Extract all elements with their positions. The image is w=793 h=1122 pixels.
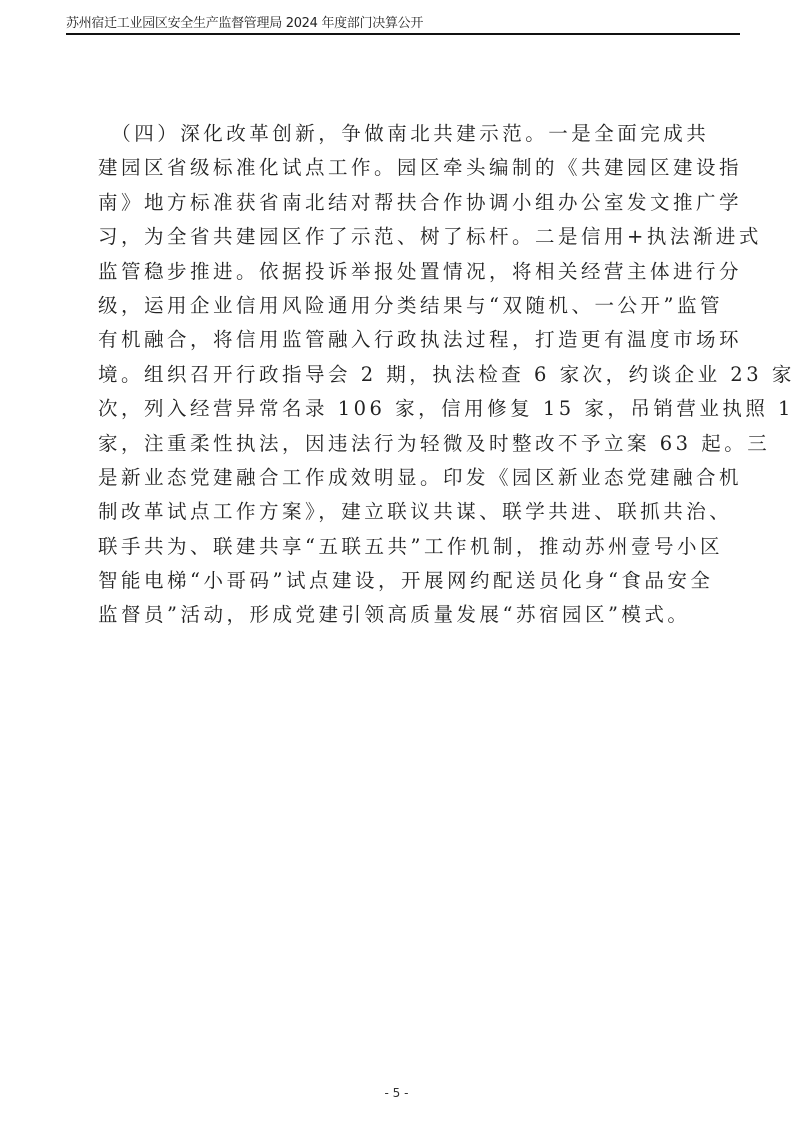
text-line: 监管稳步推进。依据投诉举报处置情况，将相关经营主体进行分 xyxy=(98,255,696,289)
text-line: 次，列入经营异常名录 106 家，信用修复 15 家，吊销营业执照 13 xyxy=(98,392,696,426)
text-line: 境。组织召开行政指导会 2 期，执法检查 6 家次，约谈企业 23 家 xyxy=(98,358,696,392)
text-line: 监督员”活动，形成党建引领高质量发展“苏宿园区”模式。 xyxy=(98,598,696,632)
page-header: 苏州宿迁工业园区安全生产监督管理局 2024 年度部门决算公开 xyxy=(66,16,740,35)
document-header-title: 苏州宿迁工业园区安全生产监督管理局 2024 年度部门决算公开 xyxy=(66,16,740,32)
text-line: 南》地方标准获省南北结对帮扶合作协调小组办公室发文推广学 xyxy=(98,186,696,220)
text-line: 制改革试点工作方案》，建立联议共谋、联学共进、联抓共治、 xyxy=(98,495,696,529)
text-line: 有机融合，将信用监管融入行政执法过程，打造更有温度市场环 xyxy=(98,323,696,357)
text-line: 是新业态党建融合工作成效明显。印发《园区新业态党建融合机 xyxy=(98,461,696,495)
text-line: 家，注重柔性执法，因违法行为轻微及时整改不予立案 63 起。三 xyxy=(98,427,696,461)
text-line: （四）深化改革创新，争做南北共建示范。一是全面完成共 xyxy=(98,117,696,151)
body-paragraph: （四）深化改革创新，争做南北共建示范。一是全面完成共 建园区省级标准化试点工作。… xyxy=(98,117,696,633)
text-line: 级，运用企业信用风险通用分类结果与“双随机、一公开”监管 xyxy=(98,289,696,323)
text-line: 智能电梯“小哥码”试点建设，开展网约配送员化身“食品安全 xyxy=(98,564,696,598)
text-line: 建园区省级标准化试点工作。园区牵头编制的《共建园区建设指 xyxy=(98,151,696,185)
text-line: 习，为全省共建园区作了示范、树了标杆。二是信用+执法渐进式 xyxy=(98,220,696,254)
text-line: 联手共为、联建共享“五联五共”工作机制，推动苏州壹号小区 xyxy=(98,530,696,564)
header-divider xyxy=(66,33,740,35)
page-number: - 5 - xyxy=(0,1086,793,1100)
